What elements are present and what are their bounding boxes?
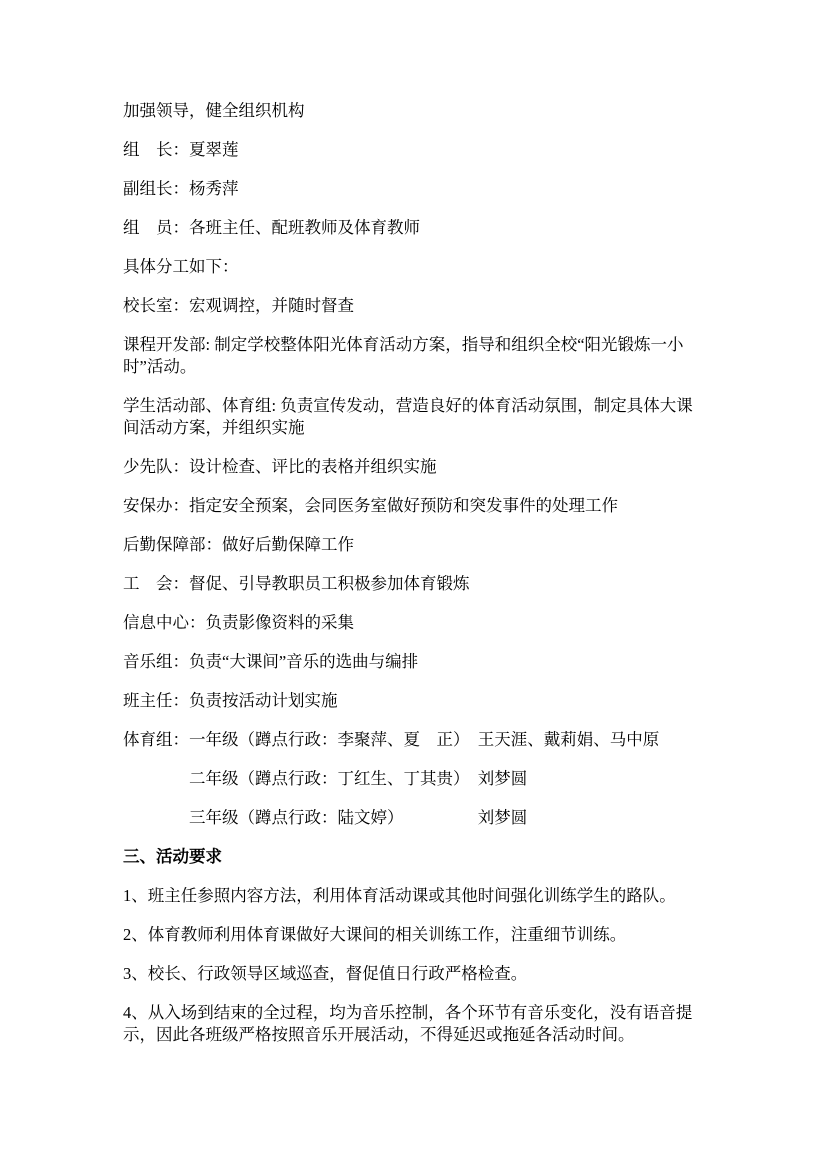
text-line: 4、从入场到结束的全过程，均为音乐控制，各个环节有音乐变化，没有语音提 [123, 1002, 707, 1024]
heading-text: 三、活动要求 [123, 847, 222, 866]
paragraph-logistics-dept: 后勤保障部：做好后勤保障工作 [123, 534, 707, 556]
paragraph-info-center: 信息中心：负责影像资料的采集 [123, 612, 707, 634]
text-line: 三年级（蹲点行政：陆文婷） 刘梦圆 [123, 808, 527, 827]
text-line: 示，因此各班级严格按照音乐开展活动，不得延迟或拖延各活动时间。 [123, 1024, 707, 1046]
text-line: 少先队：设计检查、评比的表格并组织实施 [123, 457, 437, 476]
text-line: 校长室：宏观调控，并随时督查 [123, 296, 354, 315]
text-line: 组 长：夏翠莲 [123, 140, 239, 159]
text-line: 音乐组：负责“大课间”音乐的选曲与编排 [123, 652, 418, 671]
paragraph-class-teacher: 班主任：负责按活动计划实施 [123, 690, 707, 712]
text-line: 2、体育教师利用体育课做好大课间的相关训练工作，注重细节训练。 [123, 925, 626, 944]
paragraph-leading-group: 加强领导，健全组织机构 [123, 100, 707, 122]
paragraph-young-pioneers: 少先队：设计检查、评比的表格并组织实施 [123, 456, 707, 478]
paragraph-principal-office: 校长室：宏观调控，并随时督查 [123, 295, 707, 317]
text-line: 工 会：督促、引导教职员工积极参加体育锻炼 [123, 574, 470, 593]
text-line: 副组长：杨秀萍 [123, 179, 239, 198]
paragraph-requirement-1: 1、班主任参照内容方法，利用体育活动课或其他时间强化训练学生的路队。 [123, 885, 707, 907]
paragraph-group-leader: 组 长：夏翠莲 [123, 139, 707, 161]
paragraph-security-office: 安保办：指定安全预案，会同医务室做好预防和突发事件的处理工作 [123, 495, 707, 517]
paragraph-curriculum-dept: 课程开发部: 制定学校整体阳光体育活动方案，指导和组织全校“阳光锻炼一小时”活动… [123, 334, 707, 378]
paragraph-music-group: 音乐组：负责“大课间”音乐的选曲与编排 [123, 651, 707, 673]
paragraph-members: 组 员：各班主任、配班教师及体育教师 [123, 217, 707, 239]
text-line: 3、校长、行政领导区域巡查，督促值日行政严格检查。 [123, 964, 527, 983]
paragraph-requirement-4: 4、从入场到结束的全过程，均为音乐控制，各个环节有音乐变化，没有语音提示，因此各… [123, 1002, 707, 1046]
text-line: 时”活动。 [123, 356, 707, 378]
text-line: 班主任：负责按活动计划实施 [123, 691, 338, 710]
paragraph-pe-group-grade1: 体育组：一年级（蹲点行政：李聚萍、夏 正） 王天涯、戴莉娟、马中原 [123, 729, 707, 751]
text-line: 后勤保障部：做好后勤保障工作 [123, 535, 354, 554]
paragraph-division-intro: 具体分工如下： [123, 256, 707, 278]
text-line: 加强领导，健全组织机构 [123, 101, 305, 120]
text-line: 1、班主任参照内容方法，利用体育活动课或其他时间强化训练学生的路队。 [123, 886, 676, 905]
paragraph-requirement-3: 3、校长、行政领导区域巡查，督促值日行政严格检查。 [123, 963, 707, 985]
paragraph-pe-group-grade2: 二年级（蹲点行政：丁红生、丁其贵） 刘梦圆 [123, 768, 707, 790]
section-heading-activity-requirements: 三、活动要求 [123, 846, 707, 868]
text-line: 具体分工如下： [123, 257, 239, 276]
document-page: 加强领导，健全组织机构 组 长：夏翠莲 副组长：杨秀萍 组 员：各班主任、配班教… [0, 0, 827, 1170]
text-line: 课程开发部: 制定学校整体阳光体育活动方案，指导和组织全校“阳光锻炼一小 [123, 334, 707, 356]
text-line: 学生活动部、体育组: 负责宣传发动，营造良好的体育活动氛围，制定具体大课 [123, 395, 707, 417]
text-line: 体育组：一年级（蹲点行政：李聚萍、夏 正） 王天涯、戴莉娟、马中原 [123, 730, 659, 749]
paragraph-requirement-2: 2、体育教师利用体育课做好大课间的相关训练工作，注重细节训练。 [123, 924, 707, 946]
text-line: 信息中心：负责影像资料的采集 [123, 613, 354, 632]
text-line: 组 员：各班主任、配班教师及体育教师 [123, 218, 420, 237]
text-line: 二年级（蹲点行政：丁红生、丁其贵） 刘梦圆 [123, 769, 527, 788]
text-line: 安保办：指定安全预案，会同医务室做好预防和突发事件的处理工作 [123, 496, 618, 515]
paragraph-labor-union: 工 会：督促、引导教职员工积极参加体育锻炼 [123, 573, 707, 595]
paragraph-deputy-leader: 副组长：杨秀萍 [123, 178, 707, 200]
paragraph-student-activity-dept: 学生活动部、体育组: 负责宣传发动，营造良好的体育活动氛围，制定具体大课间活动方… [123, 395, 707, 439]
paragraph-pe-group-grade3: 三年级（蹲点行政：陆文婷） 刘梦圆 [123, 807, 707, 829]
text-line: 间活动方案，并组织实施 [123, 417, 707, 439]
